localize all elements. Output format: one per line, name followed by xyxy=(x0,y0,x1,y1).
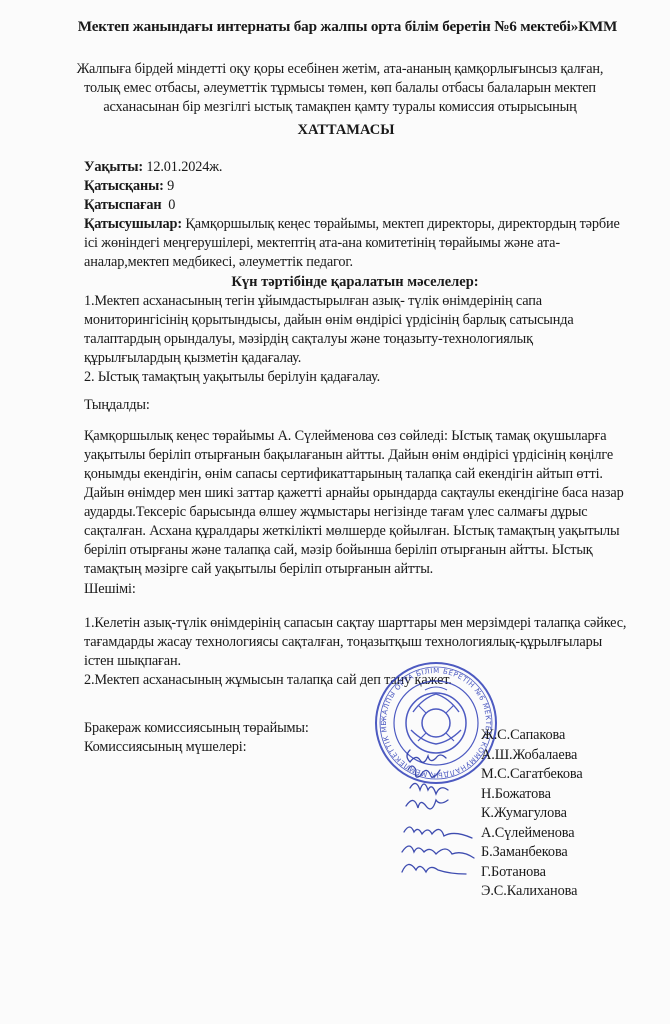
agenda-line: 1.Мектеп асханасының тегін ұйымдастырылғ… xyxy=(84,292,574,311)
decision-line: 2.Мектеп асханасының жұмысын талапқа сай… xyxy=(84,671,626,690)
member-name: Ж.С.Сапакова xyxy=(481,726,583,746)
document-title: ХАТТАМАСЫ xyxy=(0,122,670,139)
commission-members-list: Ж.С.Сапакова А.Ш.Жобалаева М.С.Сагатбеко… xyxy=(481,726,583,902)
time-value: 12.01.2024ж. xyxy=(143,159,222,175)
agenda-line: құрылғылардың қызметін қадағалау. xyxy=(84,349,574,368)
subtitle-line: асханасынан бір мезгілгі ыстық тамақпен … xyxy=(10,98,670,117)
participants-label: Қатысушылар: xyxy=(84,216,182,232)
meta-present: Қатысқаны: 9 xyxy=(84,177,620,196)
heard-label: Тыңдалды: xyxy=(84,396,150,415)
paragraph-line: тамақтың мәзірге сай уақытылы беріліп от… xyxy=(84,560,624,579)
paragraph-line: сақталған. Асхана құралдары жеткілікті м… xyxy=(84,522,624,541)
member-name: Б.Заманбекова xyxy=(481,843,583,863)
meta-time: Уақыты: 12.01.2024ж. xyxy=(84,158,620,177)
signature-labels: Бракераж комиссиясының төрайымы: Комисси… xyxy=(84,719,309,757)
agenda-heading: Күн тәртібінде қаралатын мәселелер: xyxy=(0,274,670,291)
decision-line: 1.Келетін азық-түлік өнімдерінің сапасын… xyxy=(84,614,626,633)
paragraph-line: уақытылы беріліп отырғанын бақылағанын а… xyxy=(84,446,624,465)
member-name: А.Сүлейменова xyxy=(481,824,583,844)
document-page: Мектеп жанындағы интернаты бар жалпы орт… xyxy=(0,0,670,1024)
paragraph-line: Дайын өнімдер мен шикі заттар қажетті ар… xyxy=(84,484,624,503)
paragraph-line: Қамқоршылық кеңес төрайымы А. Сүлейменов… xyxy=(84,427,624,446)
heard-paragraph: Қамқоршылық кеңес төрайымы А. Сүлейменов… xyxy=(84,427,624,579)
paragraph-line: беріліп отырғаны және талапқа сай, мәзір… xyxy=(84,541,624,560)
meeting-subtitle: Жалпыға бірдей міндетті оқу қоры есебіне… xyxy=(0,60,670,117)
meeting-meta: Уақыты: 12.01.2024ж. Қатысқаны: 9 Қатысп… xyxy=(84,158,620,272)
agenda-line: талаптардың орындалуы, мәзірдің сақталуы… xyxy=(84,330,574,349)
member-name: Г.Ботанова xyxy=(481,863,583,883)
meta-absent: Қатыспаған 0 xyxy=(84,196,620,215)
present-label: Қатысқаны: xyxy=(84,178,164,194)
time-label: Уақыты: xyxy=(84,159,143,175)
member-name: М.С.Сагатбекова xyxy=(481,765,583,785)
decision-line: істен шықпаған. xyxy=(84,652,626,671)
participants-line: ісі жөніндегі меңгерушілері, мектептің а… xyxy=(84,234,620,253)
meta-participants: Қатысушылар: Қамқоршылық кеңес төрайымы,… xyxy=(84,215,620,234)
member-name: Э.С.Калиханова xyxy=(481,882,583,902)
school-title: Мектеп жанындағы интернаты бар жалпы орт… xyxy=(0,18,670,36)
chair-label: Бракераж комиссиясының төрайымы: xyxy=(84,719,309,738)
paragraph-line: аударды.Тексеріс барысында өлшеу жұмыста… xyxy=(84,503,624,522)
member-name: К.Жумагулова xyxy=(481,804,583,824)
decision-label: Шешімі: xyxy=(84,580,136,599)
members-label: Комиссиясының мүшелері: xyxy=(84,738,309,757)
absent-value: 0 xyxy=(161,197,175,213)
agenda-list: 1.Мектеп асханасының тегін ұйымдастырылғ… xyxy=(84,292,574,387)
decision-line: тағамдарды жасау технологиясы сақталған,… xyxy=(84,633,626,652)
participants-value: Қамқоршылық кеңес төрайымы, мектеп дирек… xyxy=(182,216,620,232)
paragraph-line: қонымды екендігін, өнім сапасы сертифика… xyxy=(84,465,624,484)
member-name: А.Ш.Жобалаева xyxy=(481,746,583,766)
participants-line: аналар,мектеп медбикесі, әлеуметтік педа… xyxy=(84,253,620,272)
absent-label: Қатыспаған xyxy=(84,197,161,213)
present-value: 9 xyxy=(164,178,174,194)
subtitle-line: толық емес отбасы, әлеуметтік тұрмысы тө… xyxy=(10,79,670,98)
subtitle-line: Жалпыға бірдей міндетті оқу қоры есебіне… xyxy=(10,60,670,79)
member-name: Н.Божатова xyxy=(481,785,583,805)
agenda-line: 2. Ыстық тамақтың уақытылы берілуін қада… xyxy=(84,368,574,387)
agenda-line: мониторингісінің қорытындысы, дайын өнім… xyxy=(84,311,574,330)
decision-list: 1.Келетін азық-түлік өнімдерінің сапасын… xyxy=(84,614,626,690)
